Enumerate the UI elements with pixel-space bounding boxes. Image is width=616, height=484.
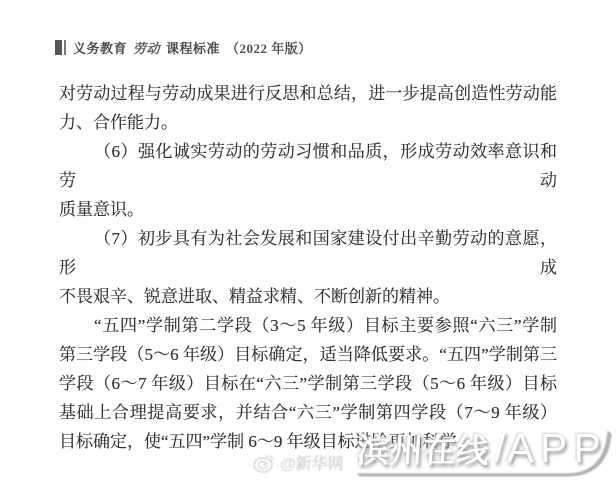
header-edition: （2022 年版） — [226, 38, 312, 57]
text-line: 不畏艰辛、锐意进取、精益求精、不断创新的精神。 — [59, 282, 557, 311]
text-line: （7）初步具有为社会发展和国家建设付出辛勤劳动的意愿，形成 — [59, 224, 557, 282]
text-line: 质量意识。 — [59, 195, 557, 224]
text-line: 第三学段（5～6 年级）目标确定，适当降低要求。“五四”学制第三 — [59, 340, 557, 369]
brand-slash: / — [494, 424, 506, 472]
brand-watermark-text: 滨州在线 / APP — [357, 424, 607, 472]
text-line: 对劳动过程与劳动成果进行反思和总结，进一步提高创造性劳动能 — [59, 79, 557, 108]
social-watermark-text: @新华网 — [280, 451, 344, 474]
header-bar-icon — [55, 40, 62, 55]
text-line: 学段（6～7 年级）目标在“六三”学制第三学段（5～6 年级）目标 — [59, 369, 557, 398]
weibo-icon — [253, 453, 275, 473]
text-line: 力、合作能力。 — [59, 108, 557, 137]
text-line: “五四”学制第二学段（3～5 年级）目标主要参照“六三”学制 — [59, 311, 557, 340]
text-line: （6）强化诚实劳动的劳动习惯和品质，形成劳动效率意识和劳动 — [59, 137, 557, 195]
header-subject: 劳动 — [133, 38, 160, 57]
header-barline-icon — [64, 40, 66, 55]
header-series: 义务教育 — [73, 38, 127, 57]
social-watermark: @新华网 — [253, 451, 344, 474]
brand-site-text: 滨州在线 — [355, 425, 490, 472]
brand-app-text: APP — [507, 425, 607, 472]
body-text-block: 对劳动过程与劳动成果进行反思和总结，进一步提高创造性劳动能 力、合作能力。 （6… — [59, 79, 557, 456]
running-header: 义务教育 劳动 课程标准 （2022 年版） — [55, 38, 312, 56]
brand-watermark: 滨州在线 / APP — [355, 423, 616, 484]
document-page: 义务教育 劳动 课程标准 （2022 年版） 对劳动过程与劳动成果进行反思和总结… — [0, 0, 616, 484]
header-title: 课程标准 — [166, 38, 220, 57]
